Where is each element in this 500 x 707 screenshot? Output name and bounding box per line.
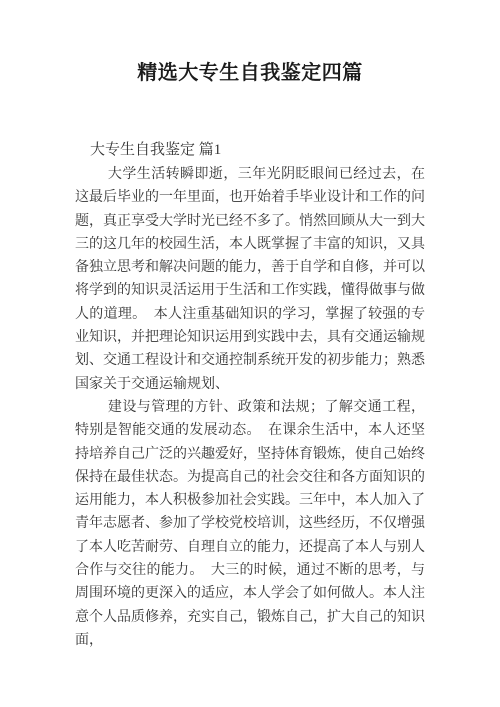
paragraph: 建设与管理的方针、政策和法规；了解交通工程，特别是智能交通的发展动态。 在课余生… bbox=[75, 396, 425, 652]
paragraph: 大学生活转瞬即逝，三年光阴眨眼间已经过去，在这最后毕业的一年里面，也开始着手毕业… bbox=[75, 163, 425, 396]
document-page: 精选大专生自我鉴定四篇 大专生自我鉴定 篇1 大学生活转瞬即逝，三年光阴眨眼间已… bbox=[0, 0, 500, 707]
section-heading: 大专生自我鉴定 篇1 bbox=[75, 140, 425, 160]
document-body: 大学生活转瞬即逝，三年光阴眨眼间已经过去，在这最后毕业的一年里面，也开始着手毕业… bbox=[75, 163, 425, 652]
document-title: 精选大专生自我鉴定四篇 bbox=[0, 61, 500, 85]
